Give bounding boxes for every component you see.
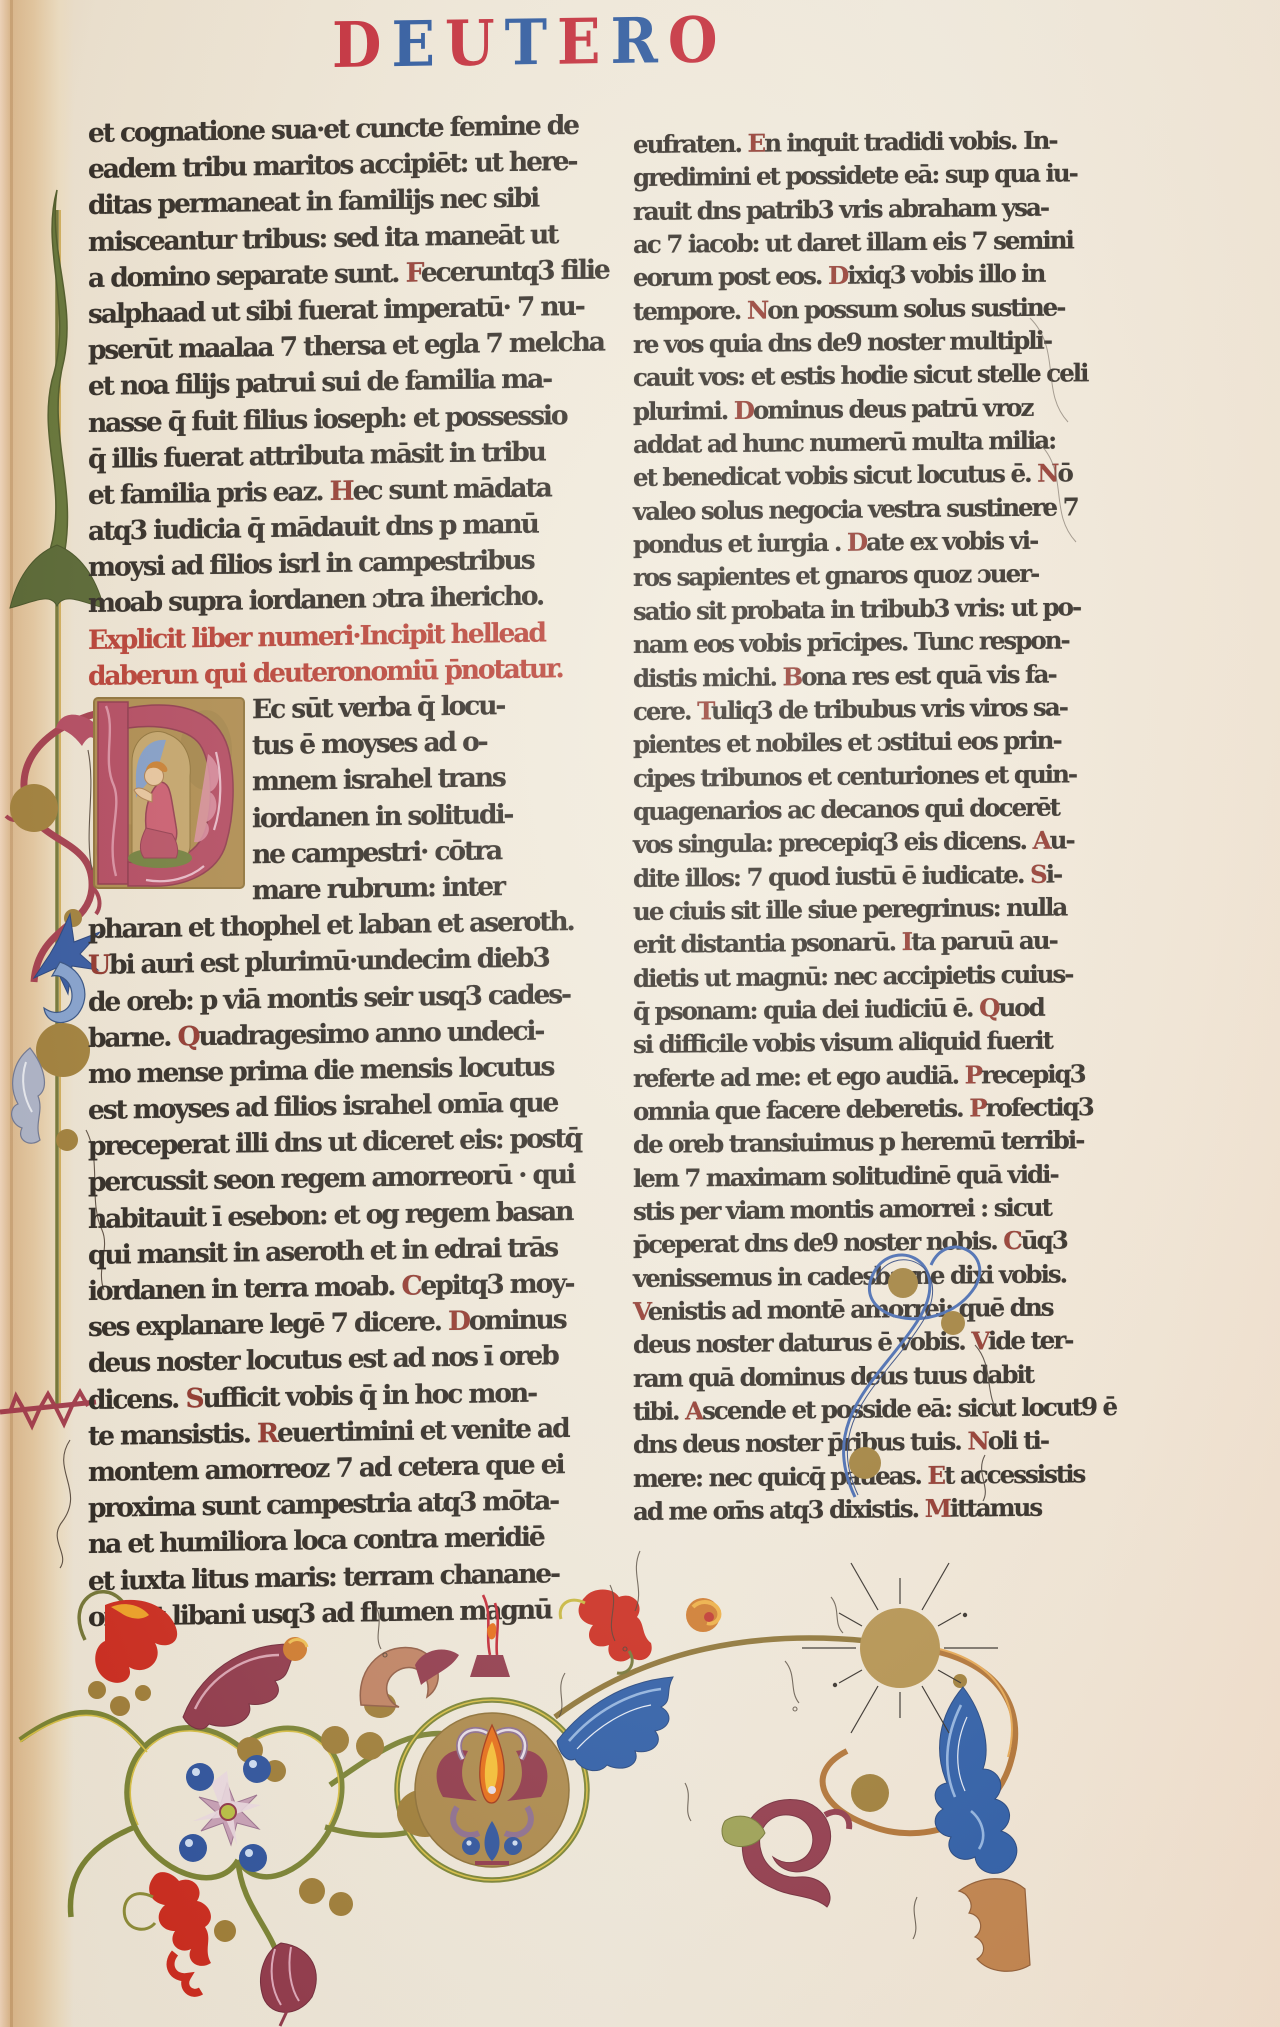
rubricated-capital: U: [88, 950, 109, 981]
red-fleur-cluster: [124, 1872, 211, 1993]
text-line: addat ad hunc numerū multa milia:: [633, 424, 1031, 462]
rubricated-capital: V: [633, 1297, 648, 1326]
rubricated-capital: T: [697, 696, 711, 725]
text-line: erit distantia psonarū. Ita paruū au-: [633, 924, 1031, 962]
rubricated-capital: N: [747, 295, 767, 324]
headline-letter: R: [610, 4, 660, 78]
text-line: de oreb transiuimus p heremū terribi-: [633, 1124, 1031, 1162]
rubricated-capital: A: [1033, 826, 1050, 855]
rubricated-capital: I: [902, 927, 911, 956]
headline-letter: O: [668, 3, 721, 77]
text-line: re vos quia dns de9 noster multipli-: [633, 324, 1031, 362]
text-line: referte ad me: et ego audiā. Precepiq3: [633, 1057, 1031, 1095]
rubricated-capital: D: [734, 395, 753, 424]
text-line: dite illos: 7 quod iustū ē iudicate. Si-: [633, 857, 1031, 895]
text-line: gredimini et possidete eā: sup qua iu-: [633, 157, 1031, 195]
text-line: et benedicat vobis sicut locutus ē. Nō: [633, 457, 1031, 495]
text-line: cipes tribunos et centuriones et quin-: [633, 757, 1031, 795]
bottom-border-ornament: [25, 1545, 1030, 2027]
text-column-left: et cognatione sua·et cuncte femine deead…: [88, 109, 524, 1636]
rubricated-capital: S: [1030, 859, 1046, 888]
rubricated-capital: H: [330, 475, 353, 506]
text-line: quagenarios ac decanos qui docerēt: [633, 791, 1031, 829]
pen-flourish: [1022, 310, 1092, 570]
manuscript-page-photo: DEUTERO: [0, 0, 1280, 2027]
text-line: ue ciuis sit ille siue peregrinus: nulla: [633, 891, 1031, 929]
orange-bud: [686, 1598, 720, 1632]
orange-acanthus: [959, 1879, 1030, 1972]
text-line: pondus et iurgia . Date ex vobis vi-: [633, 524, 1031, 562]
text-line: cere. Tuliq3 de tribubus vris viros sa-: [633, 691, 1031, 729]
maroon-scroll: [742, 1799, 849, 1907]
text-line: nam eos vobis prīcipes. Tunc respon-: [633, 624, 1031, 662]
rubricated-capital: D: [828, 261, 847, 290]
rubricated-capital: E: [748, 129, 765, 158]
text-line: lem 7 maximam solitudinē quā vidi-: [633, 1157, 1031, 1195]
rubricated-capital: Q: [178, 1021, 199, 1052]
blue-acanthus-mid: [557, 1677, 673, 1771]
text-line: eufraten. En inquit tradidi vobis. In-: [633, 124, 1031, 162]
text-line: satio sit probata in tribub3 vris: ut po…: [633, 591, 1031, 629]
grey-acanthus: [12, 1048, 45, 1143]
text-line: valeo solus negocia vestra sustinere 7: [633, 491, 1031, 529]
pendant-bud: [261, 1943, 317, 2012]
text-line: stis per viam montis amorrei : sicut: [633, 1191, 1031, 1229]
text-line: ac 7 iacob: ut daret illam eis 7 semini: [633, 224, 1031, 262]
text-line: si difficile vobis visum aliquid fuerit: [633, 1024, 1031, 1062]
gold-roundel: [415, 1713, 569, 1867]
rubricated-capital: B: [783, 662, 802, 691]
rubricated-capital: D: [448, 1306, 469, 1337]
rubricated-capital: S: [185, 1383, 202, 1414]
headline-letter: U: [445, 6, 498, 80]
text-line: dietis ut magnū: nec accipietis cuius-: [633, 957, 1031, 995]
ribbon-loops-ornament: [825, 1225, 1015, 1505]
rubricated-capital: Q: [979, 993, 998, 1022]
text-line: cauit vos: et estis hodie sicut stelle c…: [633, 357, 1031, 395]
rubricated-capital: F: [406, 257, 421, 288]
rubricated-capital: A: [685, 1396, 702, 1425]
text-line: pientes et nobiles et ɔstitui eos prin-: [633, 724, 1031, 762]
rubricated-capital: P: [969, 1093, 985, 1122]
text-line: tempore. Non possum solus sustine-: [633, 291, 1031, 329]
green-leaf-spike: [48, 190, 67, 602]
rubricated-capital: P: [965, 1060, 981, 1089]
rubricated-capital: D: [847, 528, 866, 557]
rubricated-capital: R: [257, 1418, 277, 1449]
headline-letter: E: [391, 7, 437, 81]
maroon-acanthus: [183, 1637, 307, 1729]
berry-flower: [179, 1755, 271, 1872]
rubricated-capital: C: [401, 1270, 420, 1301]
running-title-deutero: DEUTERO: [332, 6, 728, 79]
text-line: plurimi. Dominus deus patrū vroz: [633, 391, 1031, 429]
candle-bracket: [470, 1595, 510, 1677]
text-line: eorum post eos. Dixiq3 vobis illo in: [633, 257, 1031, 295]
text-line: vos singula: precepiq3 eis dicens. Au-: [633, 824, 1031, 862]
red-bud: [79, 1592, 177, 1683]
text-line: rauit dns patrib3 vris abraham ysa-: [633, 191, 1031, 229]
text-line: q̄ psonam: quia dei iudiciū ē. Quod: [633, 991, 1031, 1029]
headline-letter: D: [332, 8, 384, 82]
headline-letter: E: [557, 5, 603, 79]
text-line: ros sapientes et gnaros quoz ɔuer-: [633, 557, 1031, 595]
text-line: omnia que facere deberetis. Profectiq3: [633, 1091, 1031, 1129]
headline-letter: T: [505, 6, 550, 80]
text-line: distis michi. Bona res est quā vis fa-: [633, 657, 1031, 695]
